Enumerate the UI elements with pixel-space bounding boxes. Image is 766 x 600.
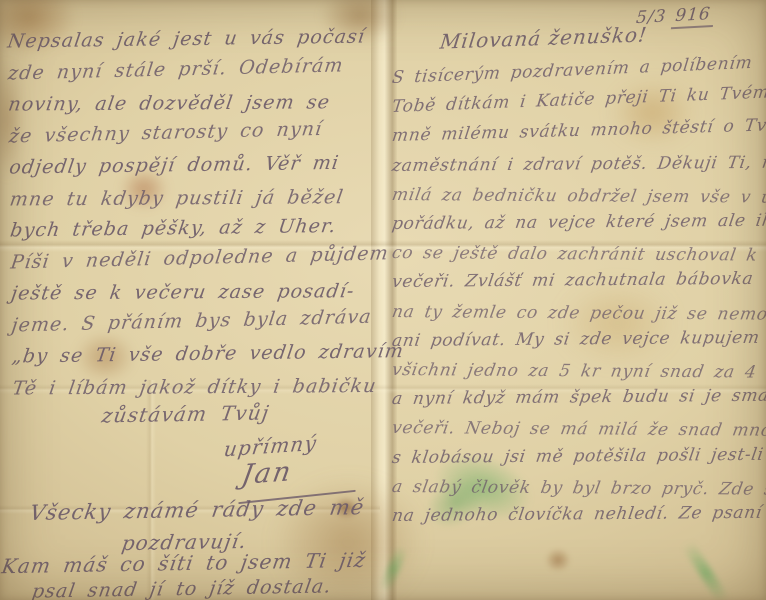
handwritten-line: ani podívat. My si zde vejce kupujem: [390, 324, 764, 356]
handwritten-line: odjedly pospějí domů. Věř mi: [7, 147, 374, 184]
postscript-line: psal snad jí to jíž dostala.: [30, 575, 333, 600]
handwritten-line: pořádku, až na vejce které jsem ale ihne…: [390, 207, 764, 239]
closing-line: zůstávám Tvůj: [100, 401, 271, 428]
left-page-body: Nepsalas jaké jest u vás počasízde nyní …: [7, 21, 374, 404]
signature: Jan: [239, 456, 295, 491]
paper-stain: [545, 548, 571, 572]
handwritten-line: s klobásou jsi mě potěšila pošli jest-li…: [390, 440, 764, 472]
handwritten-line: „by se Ti vše dobře vedlo zdravím: [10, 336, 377, 373]
letter-date-year: 916: [671, 4, 714, 29]
postscript-line: Všecky známé rády zde mě: [28, 495, 366, 525]
handwritten-line: na jednoho človíčka nehledí. Ze psaní: [390, 499, 764, 531]
postscript-line: Kam máš co šíti to jsem Ti již: [0, 548, 368, 578]
handwritten-line: Tě i líbám jakož dítky i babičku: [10, 370, 377, 404]
letter-sheet: Nepsalas jaké jest u vás počasízde nyní …: [0, 0, 766, 600]
handwritten-line: a nyní když mám špek budu si je smažit k: [390, 382, 764, 414]
right-page-body: S tisícerým pozdravením a políbenímTobě …: [392, 64, 762, 531]
handwritten-line: zaměstnání i zdraví potěš. Děkuji Ti, má: [390, 148, 764, 180]
green-crayon-mark: [682, 540, 730, 600]
handwritten-line: večeři. Zvlášť mi zachutnala bábovka: [390, 265, 764, 297]
salutation: Milovaná ženuško!: [439, 22, 649, 53]
